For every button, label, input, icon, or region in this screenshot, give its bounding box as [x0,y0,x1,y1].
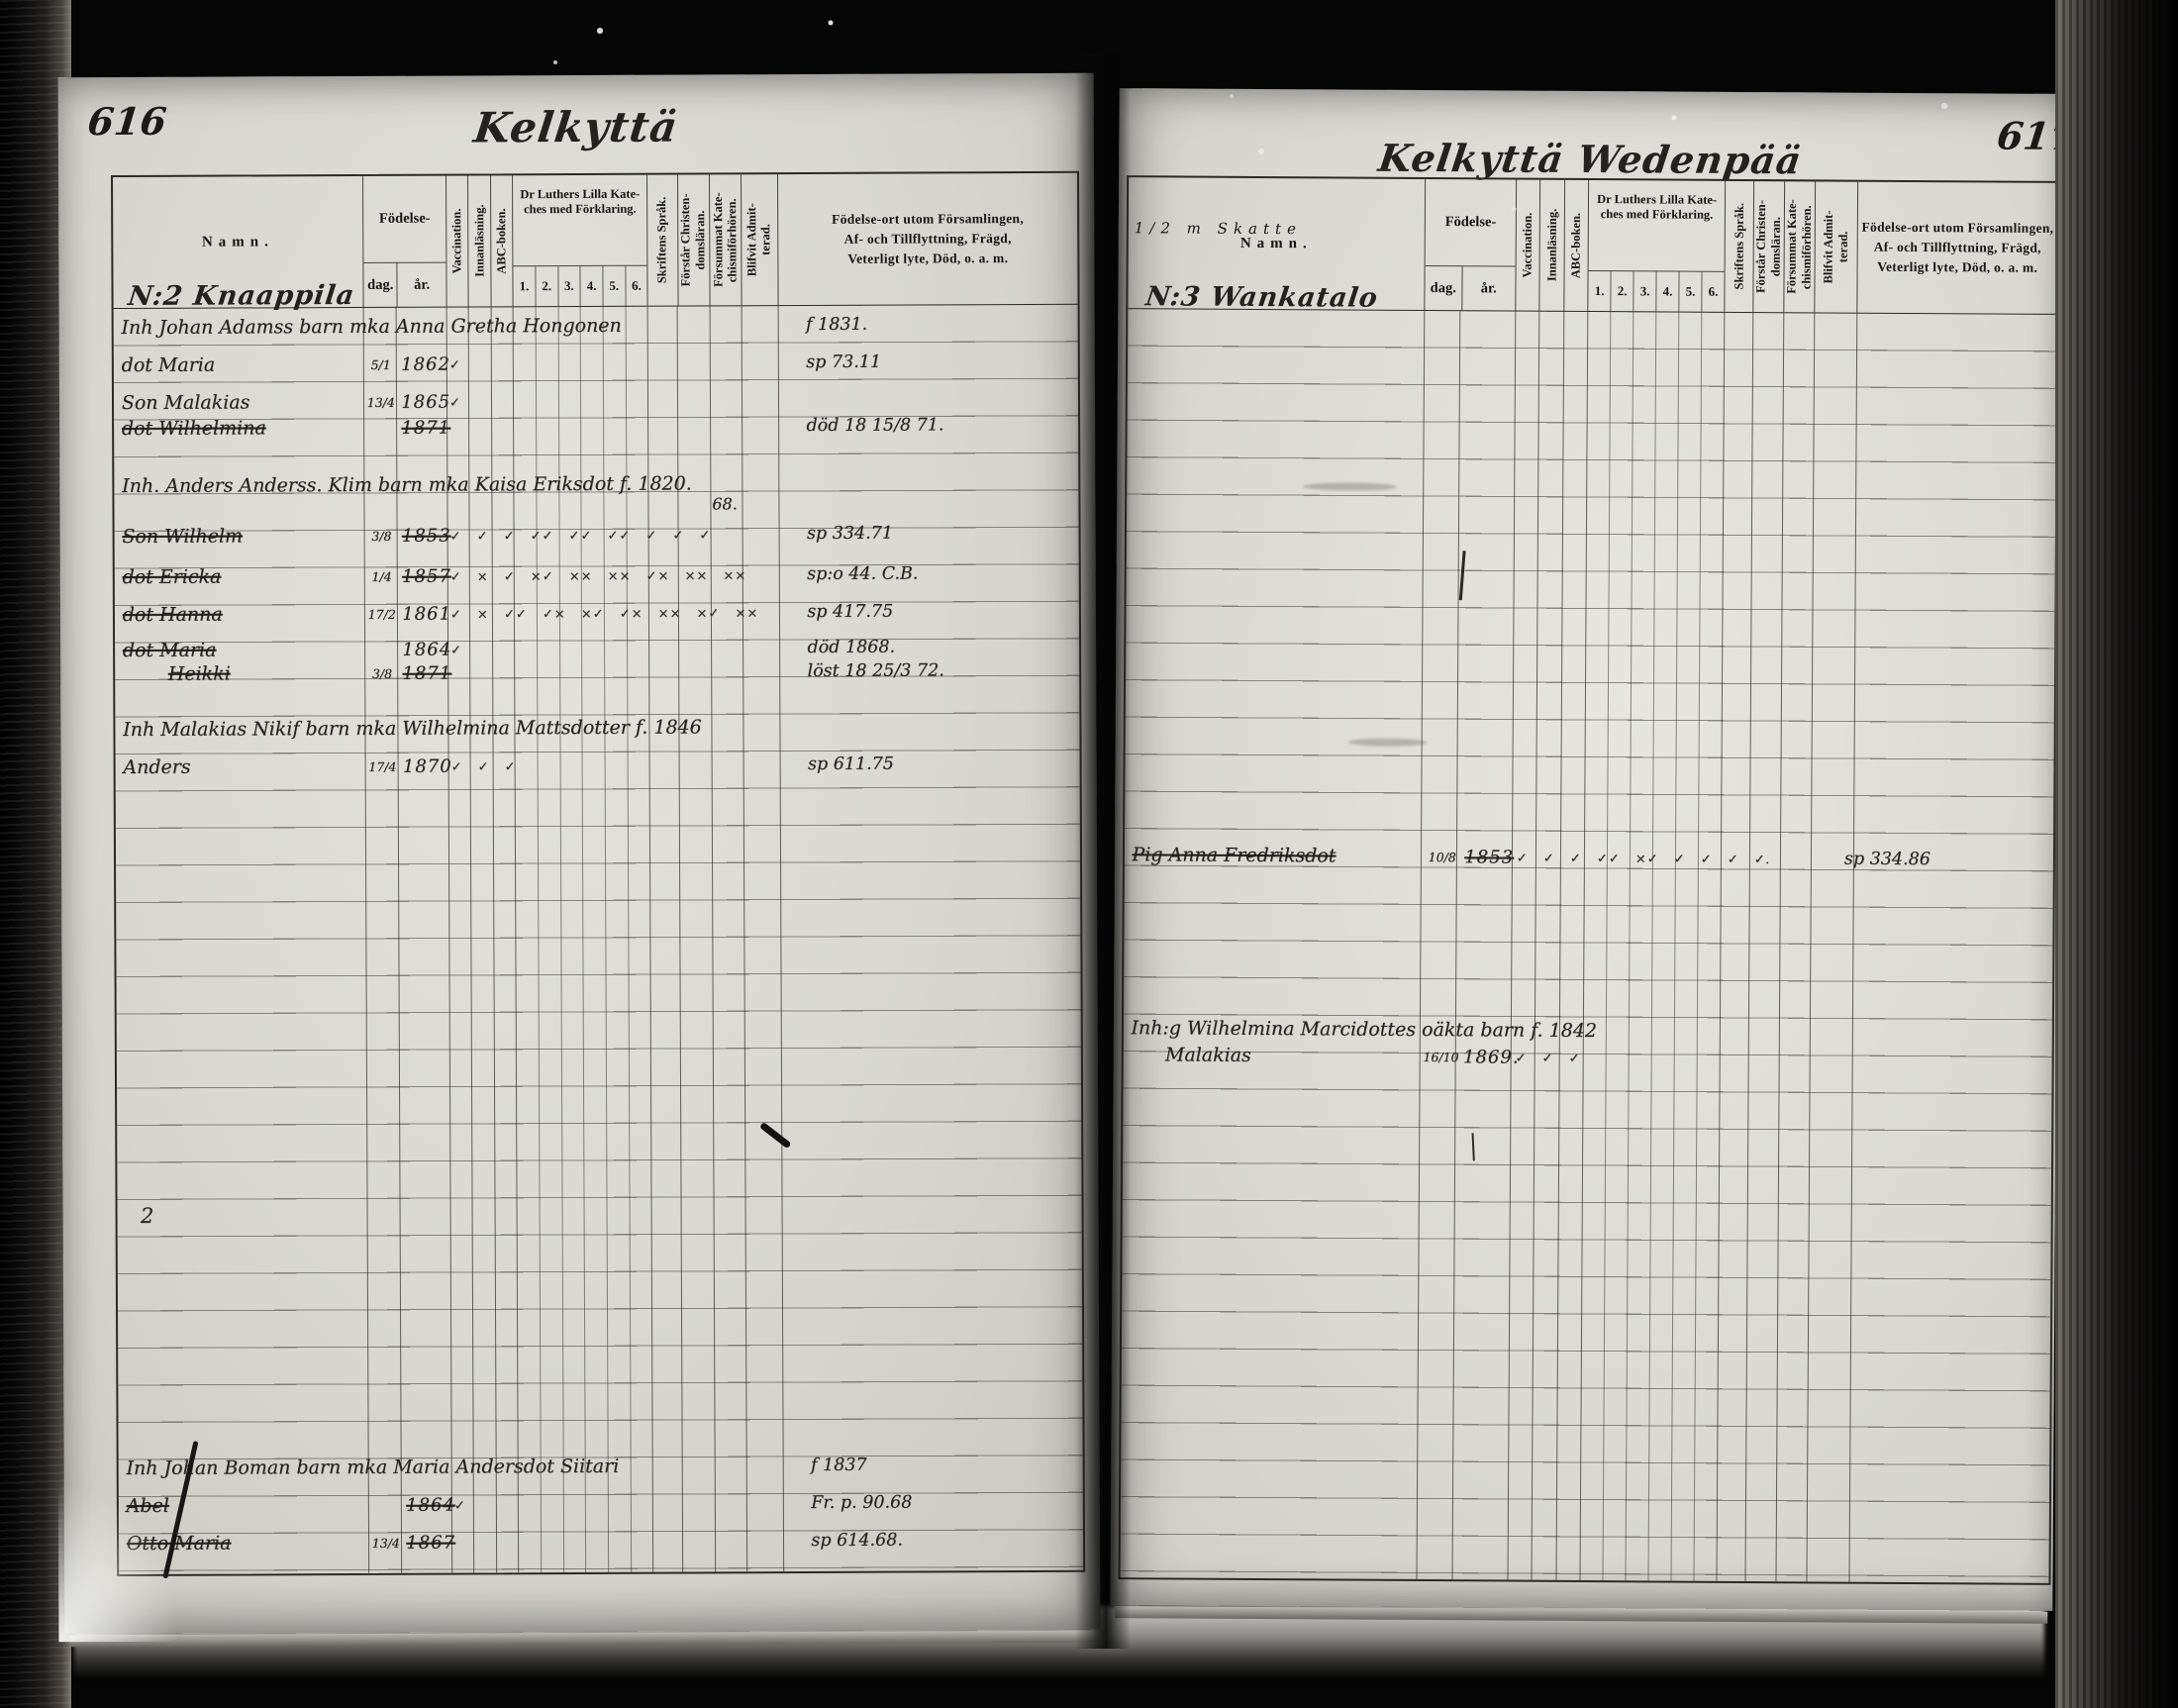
birth-day: 3/8 [364,666,399,681]
margin-note: löst 18 25/3 72. [807,660,943,681]
record-row: Inh. Anders Anderss. Klim barn mka Kaisa… [114,497,1078,501]
record-row: dot Wilhelmina 1871 död 18 15/8 71. [114,440,1078,444]
record-row: Inh Johan Boman barn mka Maria Andersdot… [119,1479,1083,1483]
book-edge-binding [2055,0,2178,1708]
birth-year-label: år. [1462,266,1516,310]
column-header-vaccination: Vaccination. [446,175,469,306]
person-name: Anders [123,756,190,778]
record-row: Son Wilhelm 3/8 1853 ✓ ✓ ✓ ✓✓ ✓✓ ✓✓ ✓ ✓ … [115,548,1079,552]
birth-year: 1871 [401,418,450,439]
column-header-name: 1/2 m Skatte Namn. N:3 Wankatalo [1128,177,1426,310]
person-name: dot Wilhelmina [122,417,266,440]
column-header-understands: Förstår Christen- domsläran. [1753,181,1785,312]
column-header-understands: Förstår Christen- domsläran. [678,174,711,305]
record-row: dot Hanna 17/2 1861 ✓ × ✓✓ ✓× ×✓ ✓× ×× ×… [115,626,1079,630]
exam-marks: ✓ ✓ ✓ [451,759,517,774]
margin-note: f 1831. [806,315,867,335]
birth-year: 1857 [402,566,451,587]
birth-year: 1865 [401,392,450,413]
record-row: Anders 17/4 1870 ✓ ✓ ✓ sp 611.75 [116,778,1080,782]
left-entries: Inh Johan Adamss barn mka Anna Gretha Ho… [114,305,1084,1574]
birth-day: 5/1 [363,357,398,372]
margin-note: sp 73.11 [806,352,881,372]
catechism-label: Dr Luthers Lilla Kate- ches med Förklari… [1589,180,1725,271]
record-row: Abel 1864 ✓ Fr. p. 90.68 [119,1517,1083,1521]
margin-note: sp:o 44. C.B. [807,564,918,584]
catechism-col-3: 3. [558,266,581,306]
margin-note: sp 334.86 [1844,850,1930,870]
catechism-col-1: 1. [1589,271,1612,311]
person-name: Inh. Anders Anderss. Klim barn mka Kaisa… [122,473,692,498]
birth-year: 1867 [406,1533,455,1554]
margin-note: sp 417.75 [807,602,893,622]
margin-note: 68. [712,494,738,513]
left-table-header: Namn. N:2 Knaappila Födelse- dag. år. Va… [113,173,1078,309]
person-name: Inh:g Wilhelmina Marcidottes oäkta barn … [1131,1017,1597,1042]
birth-year: 1870 [403,756,452,777]
column-header-missed-exams: Försummat Kate- chismiförhören. [1784,181,1816,312]
column-header-admitted: Blifvit Admit- terad. [1815,181,1858,312]
dust-specks [0,0,2,2]
person-name: Inh Johan Adamss barn mka Anna Gretha Ho… [121,315,621,339]
person-name: Abel [127,1495,169,1517]
record-row: Inh:g Wilhelmina Marcidottes oäkta barn … [1124,1043,2052,1049]
column-header-admitted: Blifvit Admit- terad. [742,174,779,305]
column-header-reading: Innanläsning. [468,175,491,306]
exam-marks: ✓ × ✓ ×✓ ×× ×× ✓× ×× ×× [450,568,747,584]
birth-year: 1864 [402,640,451,660]
birth-day: 3/8 [364,529,399,544]
margin-note: sp 611.75 [808,754,894,774]
birth-day-label: dag. [1425,266,1462,310]
column-header-scripture: Skriftens Språk. [1725,181,1754,312]
birth-year: 1871 [402,663,451,684]
record-row: Pig Anna Fredriksdot 10/8 1853 ✓ ✓ ✓ ✓✓ … [1125,869,2053,875]
birth-year-label: år. [398,263,446,307]
column-header-reading: Innanläsning. [1540,180,1565,311]
column-header-vaccination: Vaccination. [1516,180,1540,311]
left-table: Namn. N:2 Knaappila Födelse- dag. år. Va… [111,171,1085,1576]
left-page-title: Kelkyttä [55,101,1097,154]
ledger-scan: 616 Kelkyttä Namn. N:2 Knaappila Födelse… [0,0,2178,1708]
catechism-col-2: 2. [536,266,558,306]
birth-day: 13/4 [363,395,398,410]
person-name: dot Ericka [123,566,222,588]
right-table-header: 1/2 m Skatte Namn. N:3 Wankatalo Födelse… [1128,177,2057,315]
column-header-missed-exams: Försummat Kate- chismiförhören. [710,174,742,305]
right-entries: Pig Anna Fredriksdot 10/8 1853 ✓ ✓ ✓ ✓✓ … [1121,309,2057,1583]
birth-day: 13/4 [368,1536,403,1551]
birth-day-label: dag. [364,263,398,307]
right-page: 617 Kelkyttä Wedenpää 1/2 m Skatte Namn.… [1110,88,2061,1611]
column-header-name: Namn. N:2 Knaappila [113,176,364,308]
birth-label: Födelse- [1426,179,1516,266]
margin-note: sp 614.68. [811,1531,903,1551]
birth-day: 16/10 [1423,1050,1460,1064]
record-row: dot Maria 5/1 1862 ✓ sp 73.11 [114,376,1078,380]
exam-marks: ✓ ✓ ✓ ✓✓ ×✓ ✓ ✓ ✓ ✓. [1517,852,1771,868]
book-gutter-shadow [1075,54,1131,1649]
birth-sub-header: dag. år. [1425,265,1515,311]
margin-note: Fr. p. 90.68 [811,1493,912,1513]
column-header-abc-book: ABC-boken. [491,175,514,306]
catechism-col-4: 4. [581,266,604,306]
left-page: 616 Kelkyttä Namn. N:2 Knaappila Födelse… [58,73,1101,1635]
column-header-catechism: Dr Luthers Lilla Kate- ches med Förklari… [513,175,648,307]
catechism-number-row: 1. 2. 3. 4. 5. 6. [1589,270,1725,312]
catechism-col-5: 5. [1679,272,1702,312]
person-name: Inh Johan Boman barn mka Maria Andersdot… [126,1456,619,1479]
name-column-label: Namn. [202,234,274,251]
birth-day: 1/4 [364,569,399,584]
exam-marks: ✓ [454,1499,466,1514]
person-name: Heikki [168,663,231,685]
birth-label: Födelse- [363,176,445,262]
exam-marks: ✓ ✓ ✓ ✓✓ ✓✓ ✓✓ ✓ ✓ ✓ [450,528,712,544]
record-row: dot Ericka 1/4 1857 ✓ × ✓ ×✓ ×× ×× ✓× ××… [115,588,1079,592]
exam-marks: ✓ [449,396,461,411]
record-row: Heikki 3/8 1871 löst 18 25/3 72. [115,685,1079,689]
record-row: Inh Johan Adamss barn mka Anna Gretha Ho… [114,339,1078,343]
birth-year: 1853 [402,526,451,547]
birth-year: 1862 [401,354,450,375]
person-name: Malakias [1165,1044,1251,1066]
margin-note: död 1868. [807,638,895,657]
exam-marks: ✓ × ✓✓ ✓× ×✓ ✓× ×× ×✓ ×× [450,606,758,622]
right-table-body: Pig Anna Fredriksdot 10/8 1853 ✓ ✓ ✓ ✓✓ … [1121,309,2057,1583]
birth-year: 1853 [1464,847,1514,867]
birth-day: 10/8 [1424,850,1461,864]
column-header-birth: Födelse- dag. år. [363,176,446,307]
birth-sub-header: dag. år. [364,262,446,307]
person-name: dot Maria [123,640,217,661]
exam-marks: ✓ [450,644,462,658]
record-row: Inh Malakias Nikif barn mka Wilhelmina M… [116,741,1080,745]
record-row: Malakias 16/10 1869. ✓ ✓ ✓ [1124,1069,2052,1075]
birth-day: 17/2 [364,607,399,622]
person-name: Son Wilhelm [122,525,243,548]
person-name: Son Malakias [122,391,250,414]
catechism-col-4: 4. [1656,271,1679,311]
land-share-note: 1/2 m Skatte [1135,219,1302,238]
catechism-col-1: 1. [514,266,537,306]
column-header-scripture: Skriftens Språk. [647,175,678,306]
catechism-col-6: 6. [626,266,647,306]
catechism-col-6: 6. [1702,272,1724,312]
margin-note: f 1837 [811,1456,867,1475]
catechism-col-5: 5. [603,266,626,306]
column-header-catechism: Dr Luthers Lilla Kate- ches med Förklari… [1589,180,1727,312]
margin-note: död 18 15/8 71. [806,415,943,436]
column-header-abc-book: ABC-boken. [1564,180,1589,311]
person-name: Pig Anna Fredriksdot [1132,844,1336,866]
birth-year: 1864 [406,1495,455,1516]
catechism-col-3: 3. [1633,271,1656,311]
left-table-body: Inh Johan Adamss barn mka Anna Gretha Ho… [114,305,1084,1574]
record-row: Otto Maria 13/4 1867 sp 614.68. [119,1555,1083,1558]
person-name: Inh Malakias Nikif barn mka Wilhelmina M… [123,716,702,741]
stray-pen-mark: 2 [141,1204,153,1228]
person-name: dot Hanna [123,604,223,626]
birth-year: 1869. [1463,1047,1520,1067]
person-name: dot Maria [122,354,216,376]
birth-day: 17/4 [365,759,400,774]
person-name: Otto Maria [127,1533,232,1555]
exam-marks: ✓ [449,358,461,373]
column-header-notes: Födelse-ort utom Församlingen, Af- och T… [1858,182,2058,314]
catechism-number-row: 1. 2. 3. 4. 5. 6. [514,265,647,307]
exam-marks: ✓ ✓ ✓ [1515,1052,1580,1066]
birth-year: 1861 [402,604,451,625]
margin-note: sp 334.71 [807,524,893,544]
catechism-label: Dr Luthers Lilla Kate- ches med Förklari… [513,175,647,266]
column-header-birth: Födelse- dag. år. [1425,179,1517,311]
right-table: 1/2 m Skatte Namn. N:3 Wankatalo Födelse… [1118,175,2059,1585]
column-header-notes: Födelse-ort utom Församlingen, Af- och T… [778,173,1078,305]
catechism-col-2: 2. [1612,271,1634,311]
